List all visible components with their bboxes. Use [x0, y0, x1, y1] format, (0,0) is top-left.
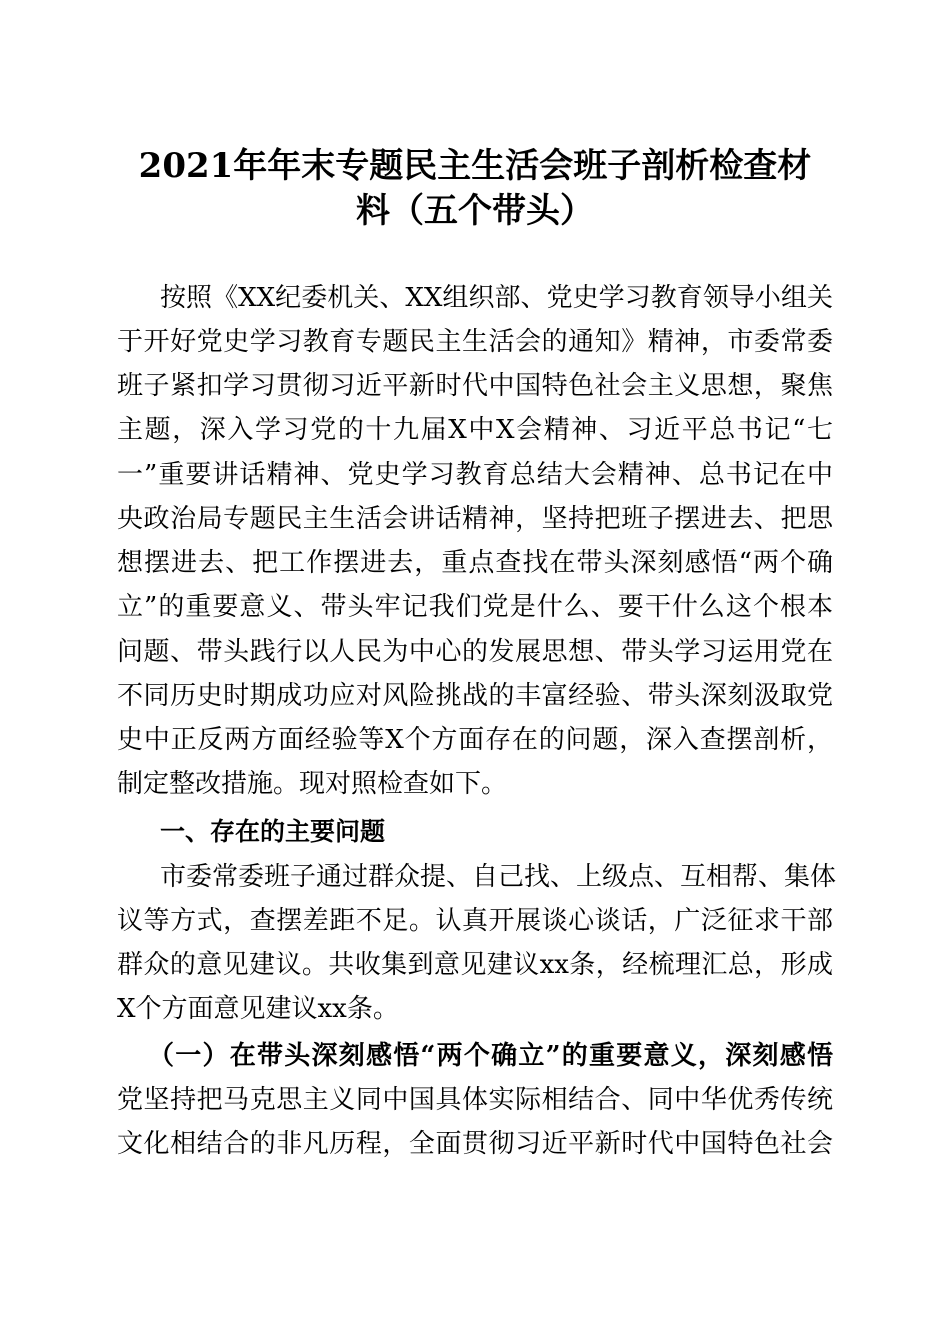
document-title-line-1: 2021年年末专题民主生活会班子剖析检查材 [120, 141, 830, 191]
paragraph-line: 文化相结合的非凡历程，全面贯彻习近平新时代中国特色社会 [117, 1124, 833, 1164]
paragraph-line: 不同历史时期成功应对风险挑战的丰富经验、带头深刻汲取党 [117, 676, 833, 716]
paragraph-line: 党坚持把马克思主义同中国具体实际相结合、同中华优秀传统 [117, 1080, 833, 1120]
document-page: 2021年年末专题民主生活会班子剖析检查材 料（五个带头） 按照《XX纪委机关、… [0, 0, 950, 1344]
document-title-line-2: 料（五个带头） [120, 186, 830, 236]
paragraph-line: 按照《XX纪委机关、XX组织部、党史学习教育领导小组关 [160, 278, 833, 318]
section-heading: 一、存在的主要问题 [160, 812, 385, 852]
paragraph-line: 市委常委班子通过群众提、自己找、上级点、互相帮、集体 [160, 857, 833, 897]
paragraph-line: 史中正反两方面经验等X个方面存在的问题，深入查摆剖析， [117, 720, 833, 760]
paragraph-line: 群众的意见建议。共收集到意见建议xx条，经梳理汇总，形成 [117, 945, 833, 985]
subsection-title-text: 在带头深刻感悟“两个确立”的重要意义，深刻感悟 [230, 1041, 833, 1071]
paragraph-line: 立”的重要意义、带头牢记我们党是什么、要干什么这个根本 [117, 587, 833, 627]
paragraph-line: 一”重要讲话精神、党史学习教育总结大会精神、总书记在中 [117, 455, 833, 495]
paragraph-line: 央政治局专题民主生活会讲话精神，坚持把班子摆进去、把思 [117, 499, 833, 539]
paragraph-line: 于开好党史学习教育专题民主生活会的通知》精神，市委常委 [117, 322, 833, 362]
paragraph-line: 制定整改措施。现对照检查如下。 [117, 764, 833, 804]
paragraph-line: 想摆进去、把工作摆进去，重点查找在带头深刻感悟“两个确 [117, 543, 833, 583]
paragraph-line: （一）在带头深刻感悟“两个确立”的重要意义，深刻感悟 [148, 1036, 833, 1076]
paragraph-line: 问题、带头践行以人民为中心的发展思想、带头学习运用党在 [117, 632, 833, 672]
paragraph-line: X个方面意见建议xx条。 [117, 989, 833, 1029]
paragraph-line: 班子紧扣学习贯彻习近平新时代中国特色社会主义思想，聚焦 [117, 366, 833, 406]
subsection-label: （一） [148, 1041, 230, 1071]
paragraph-line: 主题，深入学习党的十九届X中X会精神、习近平总书记“七 [117, 410, 833, 450]
paragraph-line: 议等方式，查摆差距不足。认真开展谈心谈话，广泛征求干部 [117, 901, 833, 941]
